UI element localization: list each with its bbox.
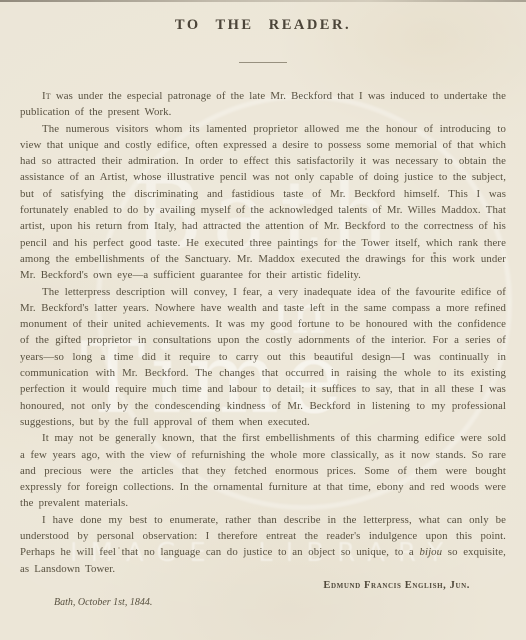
paragraph-4: It may not be generally known, that the … [20, 430, 506, 511]
paragraph-1: It was under the especial patronage of t… [20, 88, 506, 121]
paper-speck [305, 168, 307, 170]
author-signature: Edmund Francis English, Jun. [20, 580, 506, 591]
paragraph-1-rest: was under the especial patronage of the … [20, 90, 506, 118]
paragraph-1-lead: It [42, 90, 51, 102]
paragraph-5-bijou: bijou [419, 546, 442, 558]
paper-speck [118, 547, 120, 549]
paragraph-5: I have done my best to enumerate, rather… [20, 512, 506, 577]
page-content: TO THE READER. It was under the especial… [20, 0, 506, 608]
title-divider [239, 62, 287, 63]
page-title: TO THE READER. [20, 17, 506, 34]
paper-speck [433, 252, 436, 254]
dateline: Bath, October 1st, 1844. [54, 597, 506, 608]
paragraph-3: The letterpress description will convey,… [20, 284, 506, 431]
scanned-book-page: Bath in Time IMAGE LIBRARY TO THE READER… [0, 0, 526, 640]
paragraph-2: The numerous visitors whom its lamented … [20, 121, 506, 284]
body-text: It was under the especial patronage of t… [20, 88, 506, 577]
